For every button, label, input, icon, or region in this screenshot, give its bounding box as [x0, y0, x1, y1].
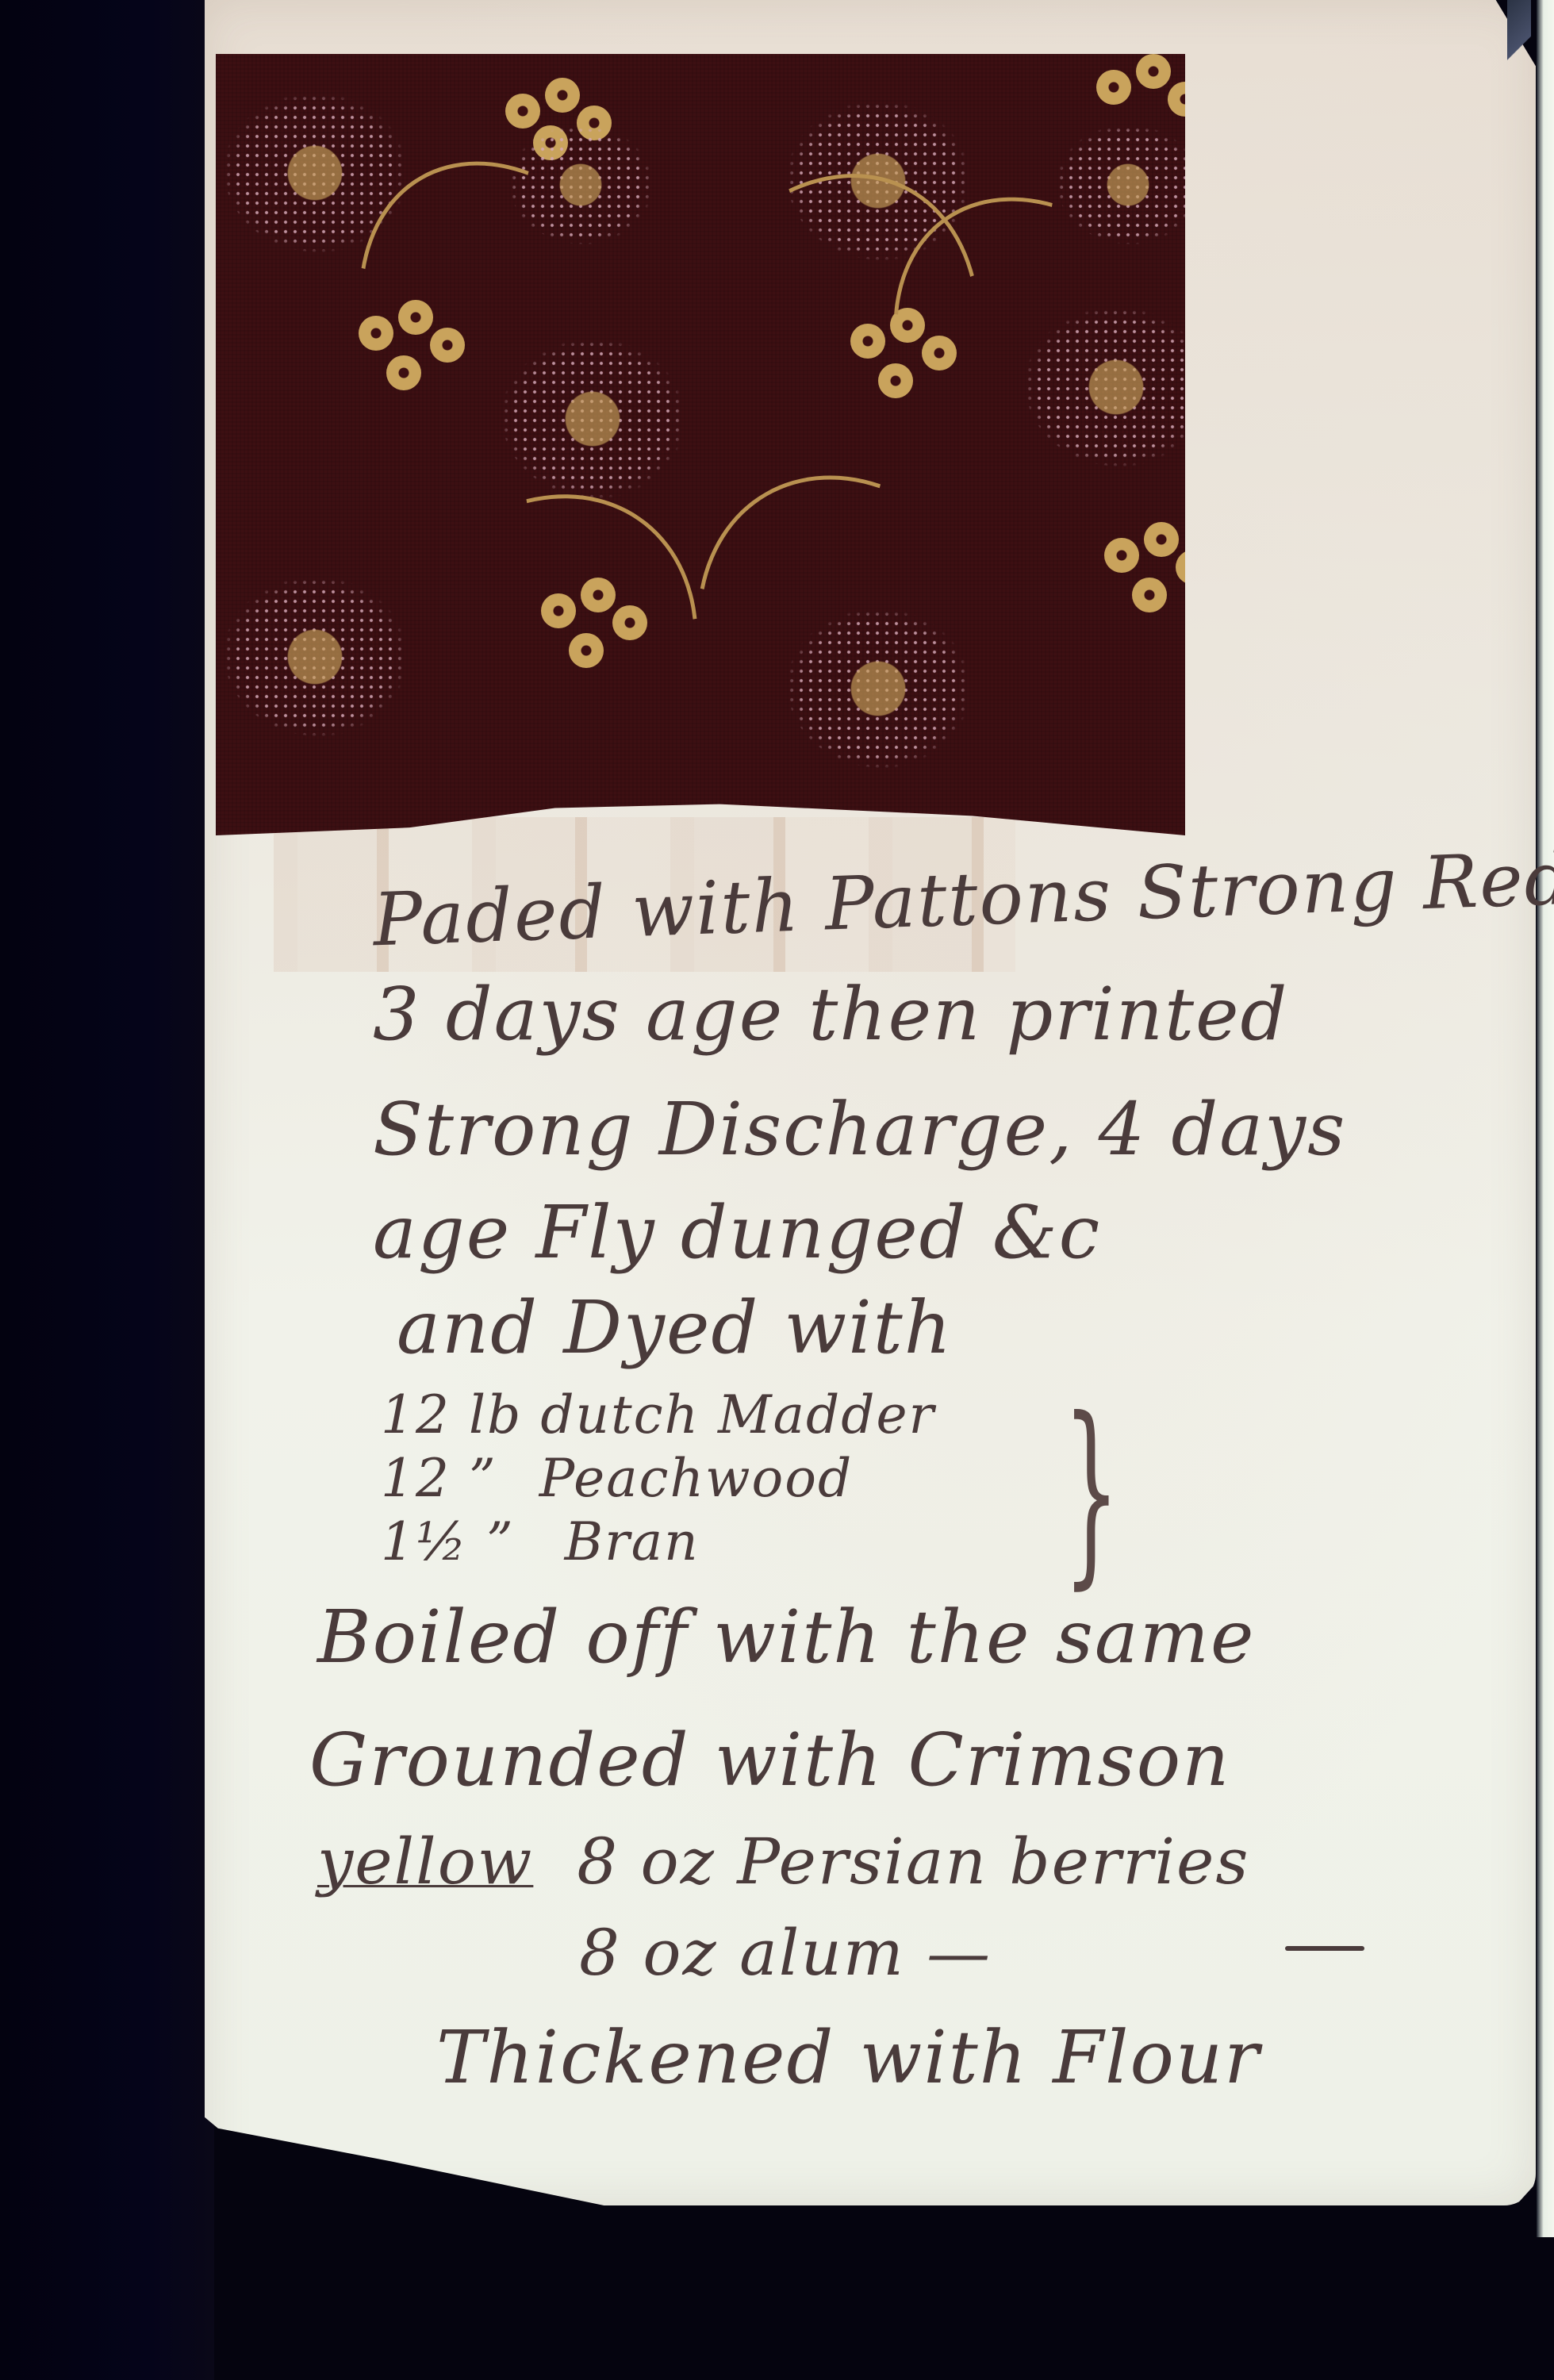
recipe-line-10: Thickened with Flour — [436, 2015, 1260, 2100]
dash-stroke — [1285, 1946, 1364, 1951]
recipe-line-9: 8 oz alum — — [579, 1916, 992, 1990]
recipe-line-5: and Dyed with — [397, 1285, 953, 1370]
recipe-line-1: Paded with Pattons Strong Red — [372, 836, 1554, 963]
recipe-line-3: Strong Discharge, 4 days — [373, 1087, 1346, 1172]
recipe-line-8: yellow 8 oz Persian berries — [317, 1825, 1249, 1898]
recipe-line-4: age Fly dunged &c — [373, 1190, 1101, 1275]
underlined-word: yellow — [317, 1825, 533, 1898]
recipe-line-2: 3 days age then printed — [373, 972, 1288, 1057]
ingredient-qty: 12 lb — [381, 1384, 522, 1445]
ingredient-name: dutch Madder — [540, 1384, 935, 1445]
recipe-line-7: Grounded with Crimson — [309, 1718, 1230, 1802]
ingredient-qty: 1½ ” — [381, 1511, 515, 1572]
ingredient-1: 12 lb dutch Madder — [381, 1384, 935, 1445]
ingredient-2: 12 ” Peachwood — [381, 1448, 853, 1509]
berries-measure: 8 oz Persian berries — [555, 1825, 1250, 1898]
ingredient-name: Bran — [565, 1511, 700, 1572]
handwritten-recipe: Paded with Pattons Strong Red 3 days age… — [0, 0, 1554, 2380]
ingredient-qty: 12 ” — [381, 1448, 497, 1509]
ingredient-name: Peachwood — [539, 1448, 854, 1509]
recipe-line-6: Boiled off with the same — [317, 1595, 1255, 1679]
ingredient-3: 1½ ” Bran — [381, 1511, 700, 1572]
curly-brace-icon: } — [1063, 1392, 1120, 1591]
